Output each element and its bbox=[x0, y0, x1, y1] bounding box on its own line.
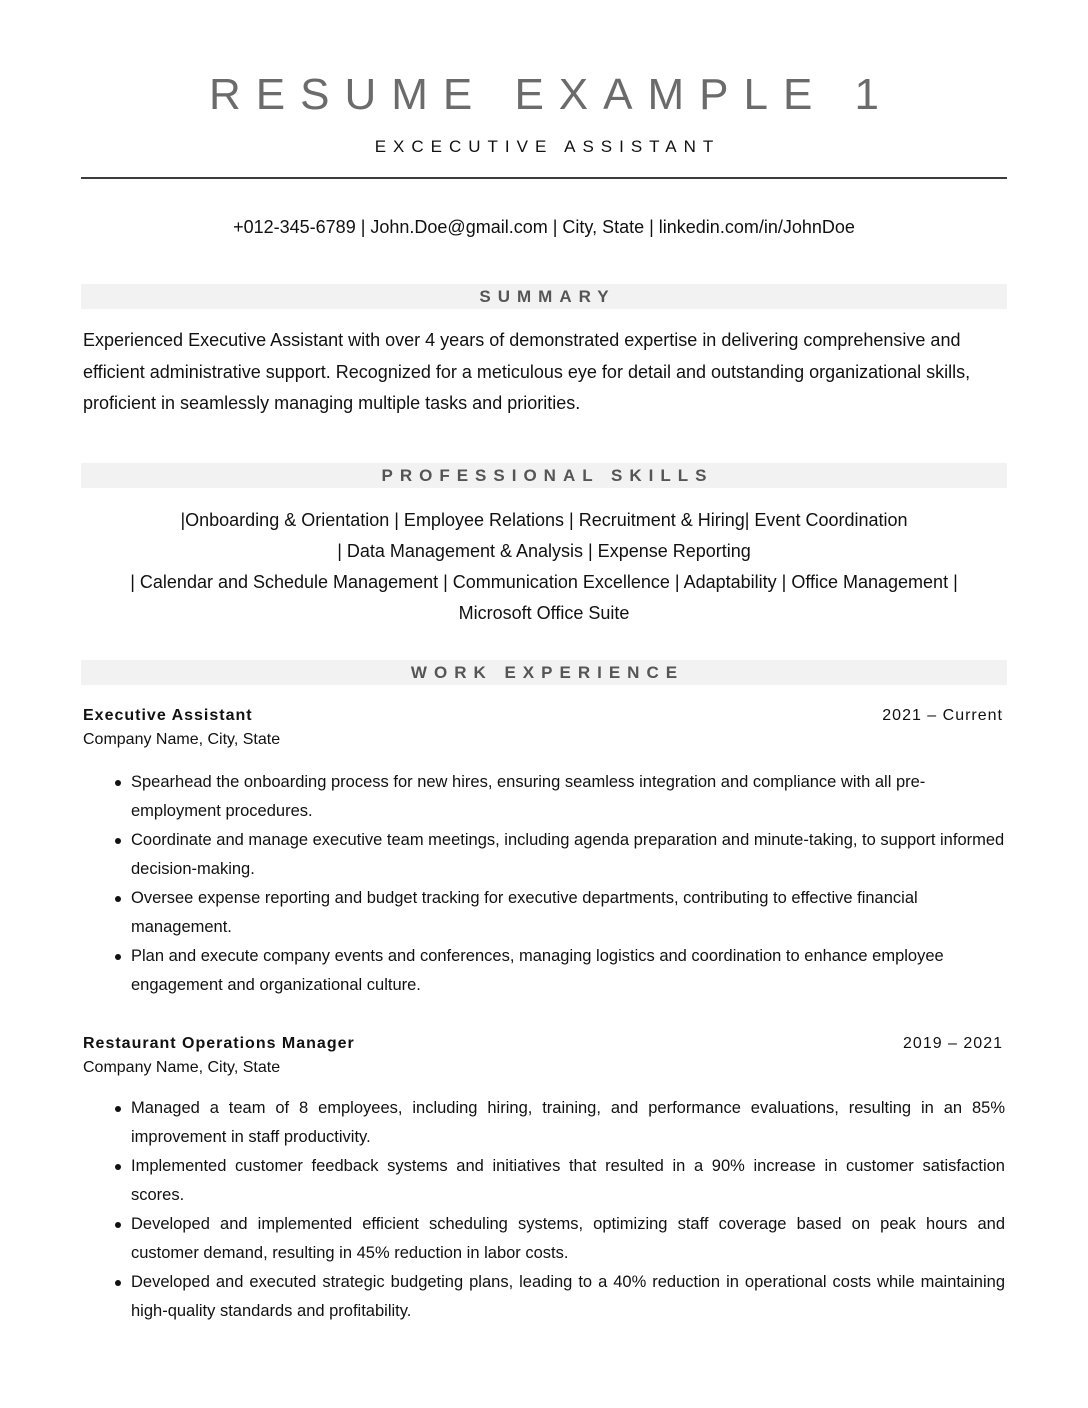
bullet-text: Spearhead the onboarding process for new… bbox=[131, 773, 925, 820]
job-title: Restaurant Operations Manager bbox=[83, 1032, 355, 1056]
section-heading-skills: PROFESSIONAL SKILLS bbox=[81, 463, 1007, 488]
skills-list: |Onboarding & Orientation | Employee Rel… bbox=[81, 505, 1007, 629]
bullet-icon bbox=[115, 1280, 121, 1286]
bullet-icon bbox=[115, 780, 121, 786]
bullet-item: Coordinate and manage executive team mee… bbox=[115, 826, 1005, 884]
job-company: Company Name, City, State bbox=[83, 1056, 280, 1080]
bullet-icon bbox=[115, 838, 121, 844]
bullet-text: Coordinate and manage executive team mee… bbox=[131, 831, 1004, 878]
bullet-icon bbox=[115, 1106, 121, 1112]
job-company: Company Name, City, State bbox=[83, 728, 280, 752]
bullet-text: Implemented customer feedback systems an… bbox=[131, 1157, 1005, 1204]
resume-title: RESUME EXAMPLE 1 bbox=[81, 70, 1007, 120]
bullet-item: Developed and executed strategic budgeti… bbox=[115, 1268, 1005, 1326]
job-header: Executive Assistant 2021 – Current bbox=[83, 704, 1003, 728]
job-bullets: Spearhead the onboarding process for new… bbox=[115, 768, 1005, 1000]
job-title: Executive Assistant bbox=[83, 704, 253, 728]
bullet-text: Developed and executed strategic budgeti… bbox=[131, 1273, 1005, 1320]
bullet-item: Oversee expense reporting and budget tra… bbox=[115, 884, 1005, 942]
skills-line: Microsoft Office Suite bbox=[81, 598, 1007, 629]
job-bullets: Managed a team of 8 employees, including… bbox=[115, 1094, 1005, 1326]
bullet-icon bbox=[115, 896, 121, 902]
bullet-item: Managed a team of 8 employees, including… bbox=[115, 1094, 1005, 1152]
job-header: Restaurant Operations Manager 2019 – 202… bbox=[83, 1032, 1003, 1056]
contact-line: +012-345-6789 | John.Doe@gmail.com | Cit… bbox=[81, 215, 1007, 239]
bullet-item: Developed and implemented efficient sche… bbox=[115, 1210, 1005, 1268]
section-heading-summary: SUMMARY bbox=[81, 284, 1007, 309]
bullet-item: Spearhead the onboarding process for new… bbox=[115, 768, 1005, 826]
bullet-icon bbox=[115, 954, 121, 960]
bullet-text: Oversee expense reporting and budget tra… bbox=[131, 889, 918, 936]
skills-line: |Onboarding & Orientation | Employee Rel… bbox=[81, 505, 1007, 536]
skills-line: | Data Management & Analysis | Expense R… bbox=[81, 536, 1007, 567]
section-heading-work-experience: WORK EXPERIENCE bbox=[81, 660, 1007, 685]
resume-subtitle: EXCECUTIVE ASSISTANT bbox=[81, 136, 1007, 158]
job-dates: 2019 – 2021 bbox=[903, 1032, 1003, 1056]
bullet-icon bbox=[115, 1164, 121, 1170]
bullet-text: Managed a team of 8 employees, including… bbox=[131, 1099, 1005, 1146]
skills-line: | Calendar and Schedule Management | Com… bbox=[81, 567, 1007, 598]
header-divider bbox=[81, 177, 1007, 179]
bullet-item: Implemented customer feedback systems an… bbox=[115, 1152, 1005, 1210]
job-dates: 2021 – Current bbox=[882, 704, 1003, 728]
bullet-icon bbox=[115, 1222, 121, 1228]
bullet-text: Plan and execute company events and conf… bbox=[131, 947, 944, 994]
bullet-text: Developed and implemented efficient sche… bbox=[131, 1215, 1005, 1262]
bullet-item: Plan and execute company events and conf… bbox=[115, 942, 1005, 1000]
summary-text: Experienced Executive Assistant with ove… bbox=[83, 325, 1009, 420]
